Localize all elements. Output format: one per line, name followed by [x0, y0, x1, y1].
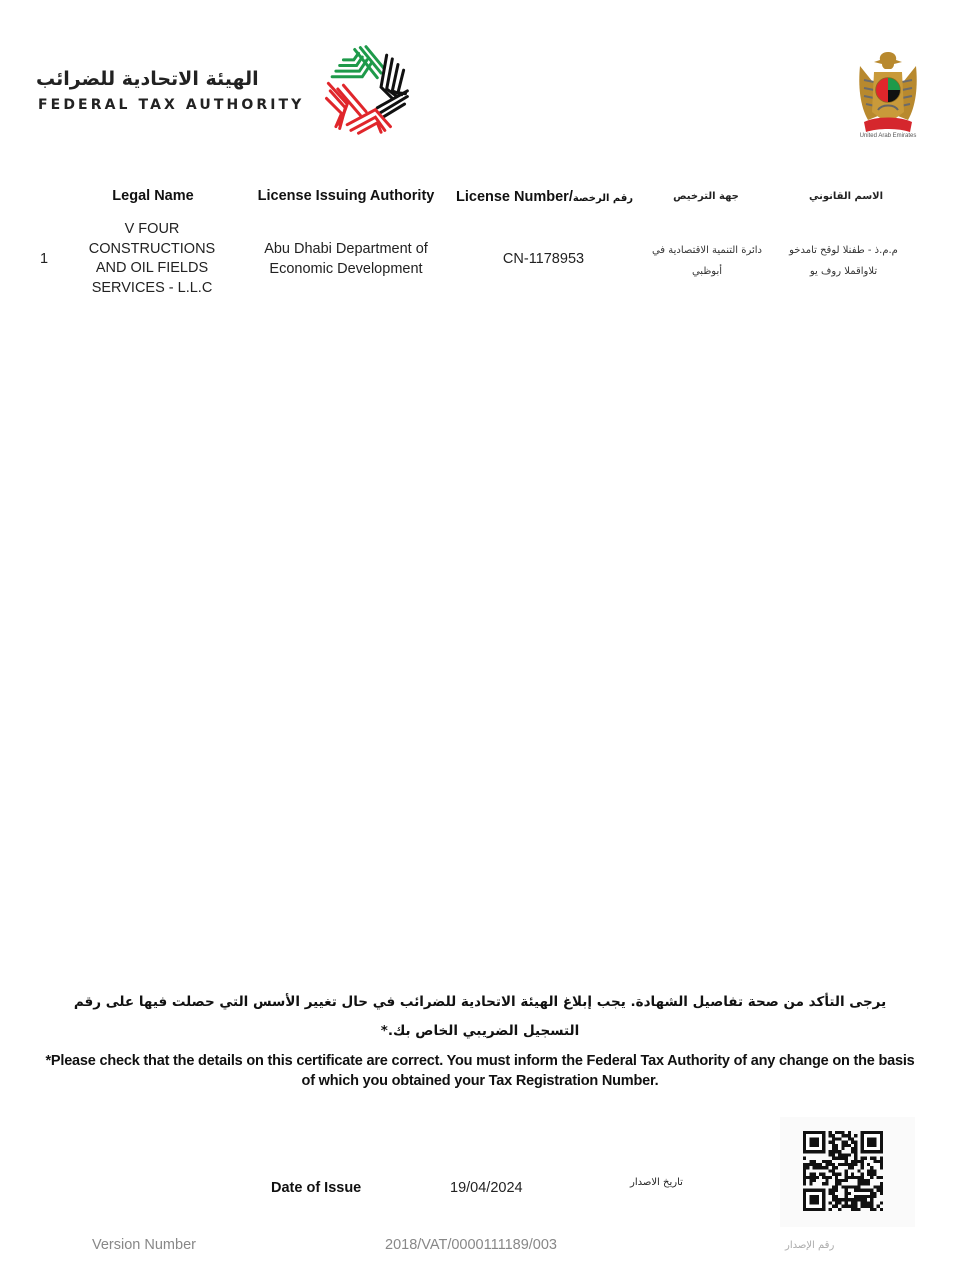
header-legal-name-ar: الاسم القانوني	[776, 191, 916, 202]
row-legal-name-ar: م.م.ذ - طفنلا لوقح تامدخو تلاواقملا روف …	[776, 240, 911, 282]
header-license-number: License Number/رقم الرخصة	[456, 188, 636, 206]
header-legal-name: Legal Name	[78, 188, 228, 204]
notice-en: *Please check that the details on this c…	[40, 1051, 920, 1091]
header-license-number-ar: رقم الرخصة	[573, 193, 633, 204]
version-number-value: 2018/VAT/0000111189/003	[385, 1237, 557, 1253]
row-index: 1	[40, 250, 60, 270]
uae-emblem-icon	[852, 46, 924, 146]
version-number-label-ar: رقم الإصدار	[785, 1240, 834, 1251]
row-legal-name: V FOUR CONSTRUCTIONS AND OIL FIELDS SERV…	[72, 220, 232, 298]
row-license-number: CN-1178953	[456, 250, 631, 270]
header-issuing-authority-ar: جهة الترخيص	[641, 191, 771, 202]
authority-name-ar: الهيئة الاتحادية للضرائب	[36, 68, 311, 90]
fta-logo-icon	[319, 42, 413, 136]
qr-code-icon	[803, 1131, 883, 1211]
emblem-caption: United Arab Emirates	[848, 133, 928, 139]
header-issuing-authority: License Issuing Authority	[246, 188, 446, 204]
row-issuing-authority-ar: دائرة التنمية الاقتصادية في أبوظبي	[646, 240, 768, 282]
date-of-issue-label: Date of Issue	[271, 1180, 361, 1196]
notice-ar: يرجى التأكد من صحة تفاصيل الشهادة. يجب إ…	[50, 988, 910, 1046]
row-issuing-authority: Abu Dhabi Department of Economic Develop…	[248, 240, 444, 279]
date-of-issue-label-ar: تاريخ الاصدار	[630, 1177, 683, 1188]
date-of-issue-value: 19/04/2024	[450, 1180, 523, 1196]
version-number-label: Version Number	[92, 1237, 196, 1253]
fta-logo: الهيئة الاتحادية للضرائب FEDERAL TAX AUT…	[36, 40, 416, 140]
authority-name-en: FEDERAL TAX AUTHORITY	[38, 97, 304, 113]
header-license-number-en: License Number/	[456, 189, 573, 205]
